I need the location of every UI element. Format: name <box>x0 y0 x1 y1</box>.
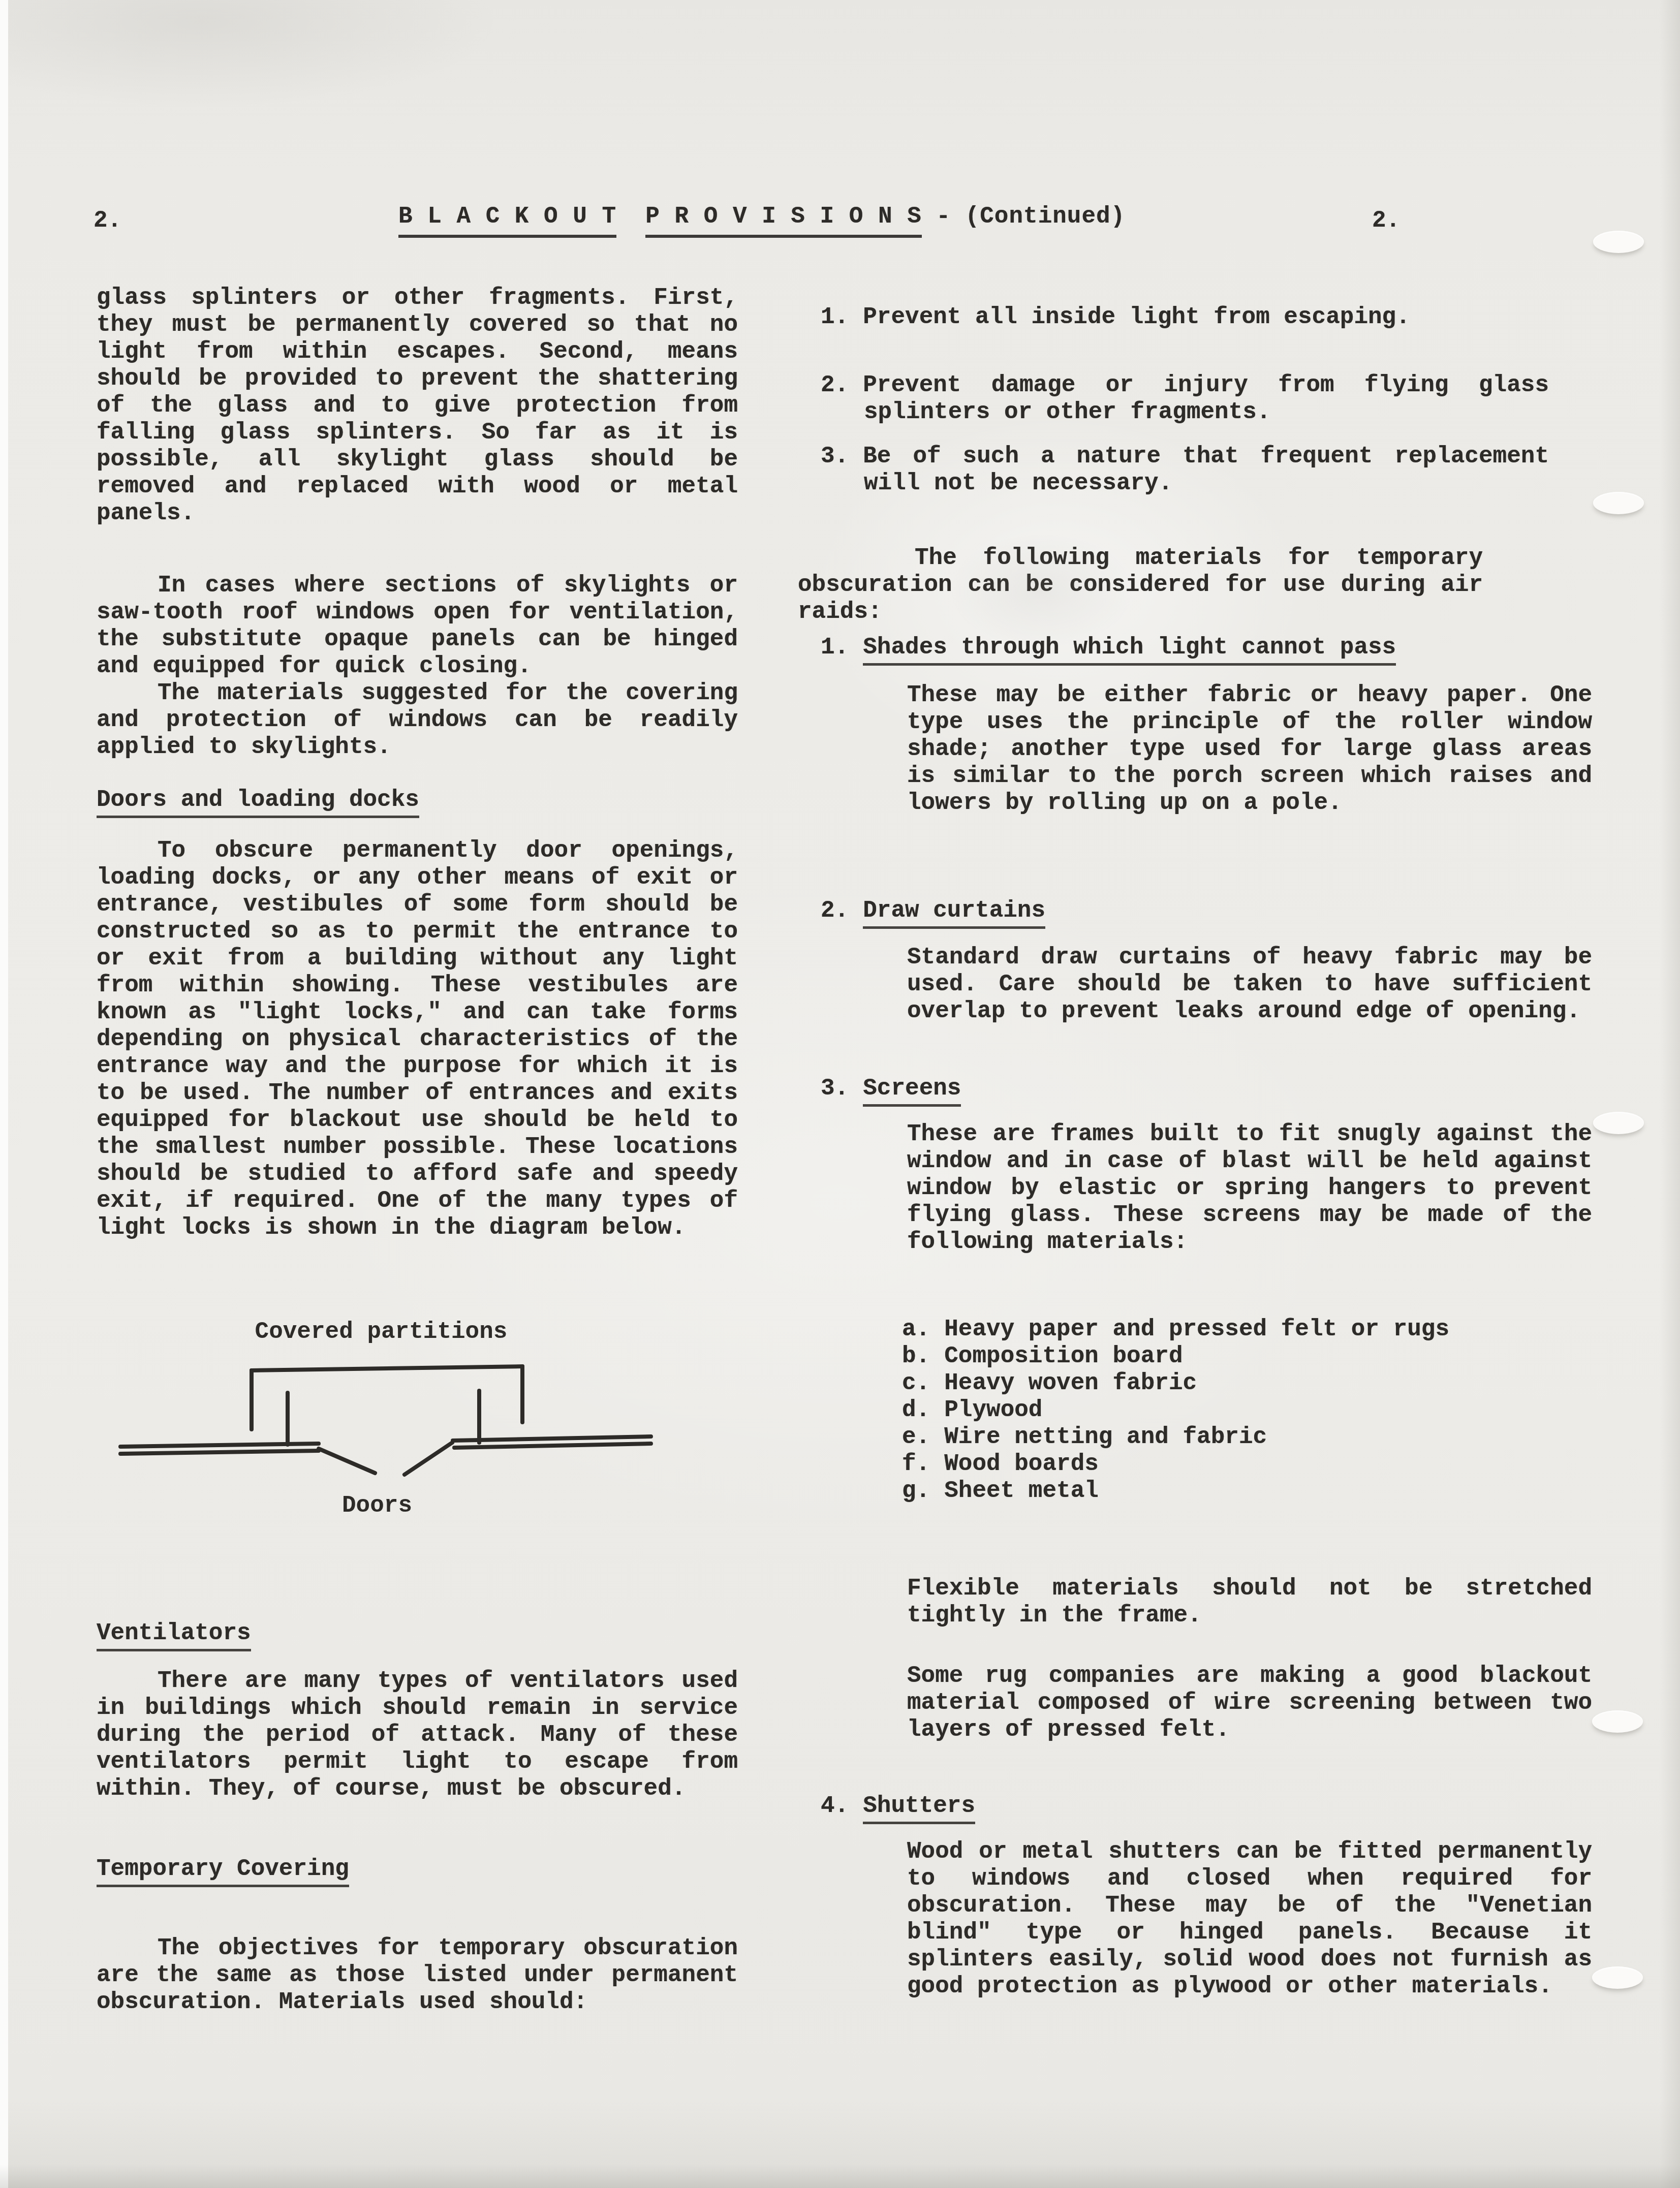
paragraph-shades-body: These may be either fabric or heavy pape… <box>798 682 1592 817</box>
list-item-f: f.Wood boards <box>798 1451 1483 1478</box>
paragraph-light-locks: To obscure permanently door openings, lo… <box>97 837 738 1241</box>
punch-hole <box>1593 1112 1644 1134</box>
diagram-lines <box>120 1366 651 1475</box>
punch-hole <box>1593 231 1644 253</box>
page-title: B L A C K O U T P R O V I S I O N S - (C… <box>398 203 1125 230</box>
list-item-c: c.Heavy woven fabric <box>798 1370 1483 1397</box>
heading-draw-curtains: 2.Draw curtains <box>798 897 1506 924</box>
paragraph-ventilators: There are many types of ventilators used… <box>97 1668 738 1802</box>
paragraph-materials-suggested: The materials suggested for the covering… <box>97 680 738 761</box>
diagram-label-doors: Doors <box>342 1492 412 1519</box>
paragraph-flexible-materials: Flexible materials should not be stretch… <box>798 1575 1592 1629</box>
objective-item-2: 2.Prevent damage or injury from flying g… <box>798 372 1549 426</box>
paragraph-following-materials: The following materials for temporary ob… <box>798 545 1483 626</box>
punch-hole <box>1592 1966 1643 1989</box>
list-item-g: g.Sheet metal <box>798 1478 1483 1505</box>
paragraph-draw-curtains-body: Standard draw curtains of heavy fabric m… <box>798 944 1592 1025</box>
page-number-right: 2. <box>1372 207 1400 234</box>
heading-doors-loading-docks: Doors and loading docks <box>97 787 738 814</box>
title-word-provisions: P R O V I S I O N S <box>645 203 922 238</box>
paragraph-screens-body: These are frames built to fit snugly aga… <box>798 1121 1592 1256</box>
punch-hole <box>1592 1710 1643 1733</box>
paragraph-skylight-sections: In cases where sections of skylights or … <box>97 572 738 680</box>
heading-shades: 1.Shades through which light cannot pass <box>798 634 1506 661</box>
punch-hole <box>1593 492 1644 514</box>
objective-item-3: 3.Be of such a nature that frequent repl… <box>798 443 1549 497</box>
heading-ventilators: Ventilators <box>97 1620 738 1647</box>
paragraph-temporary-objectives: The objectives for temporary obscuration… <box>97 1935 738 2016</box>
heading-screens: 3.Screens <box>798 1075 1506 1102</box>
heading-shutters: 4.Shutters <box>798 1793 1506 1820</box>
list-item-d: d.Plywood <box>798 1397 1483 1424</box>
page-number-left: 2. <box>94 207 121 234</box>
screen-materials-list: a.Heavy paper and pressed felt or rugs b… <box>798 1316 1483 1505</box>
diagram-label-covered-partitions: Covered partitions <box>255 1319 508 1345</box>
title-continued: - (Continued) <box>936 203 1125 230</box>
paragraph-glass-splinters: glass splinters or other fragments. Firs… <box>97 285 738 527</box>
objective-item-1: 1.Prevent all inside light from escaping… <box>798 304 1549 331</box>
scanned-document-page: 2. B L A C K O U T P R O V I S I O N S -… <box>0 0 1680 2188</box>
list-item-b: b.Composition board <box>798 1343 1483 1370</box>
list-item-e: e.Wire netting and fabric <box>798 1424 1483 1451</box>
title-word-blackout: B L A C K O U T <box>398 203 616 238</box>
list-item-a: a.Heavy paper and pressed felt or rugs <box>798 1316 1483 1343</box>
paragraph-rug-companies: Some rug companies are making a good bla… <box>798 1663 1592 1743</box>
paragraph-shutters-body: Wood or metal shutters can be fitted per… <box>798 1838 1592 2000</box>
heading-temporary-covering: Temporary Covering <box>97 1856 738 1883</box>
light-lock-diagram: Covered partitions Doors <box>76 1298 737 1527</box>
